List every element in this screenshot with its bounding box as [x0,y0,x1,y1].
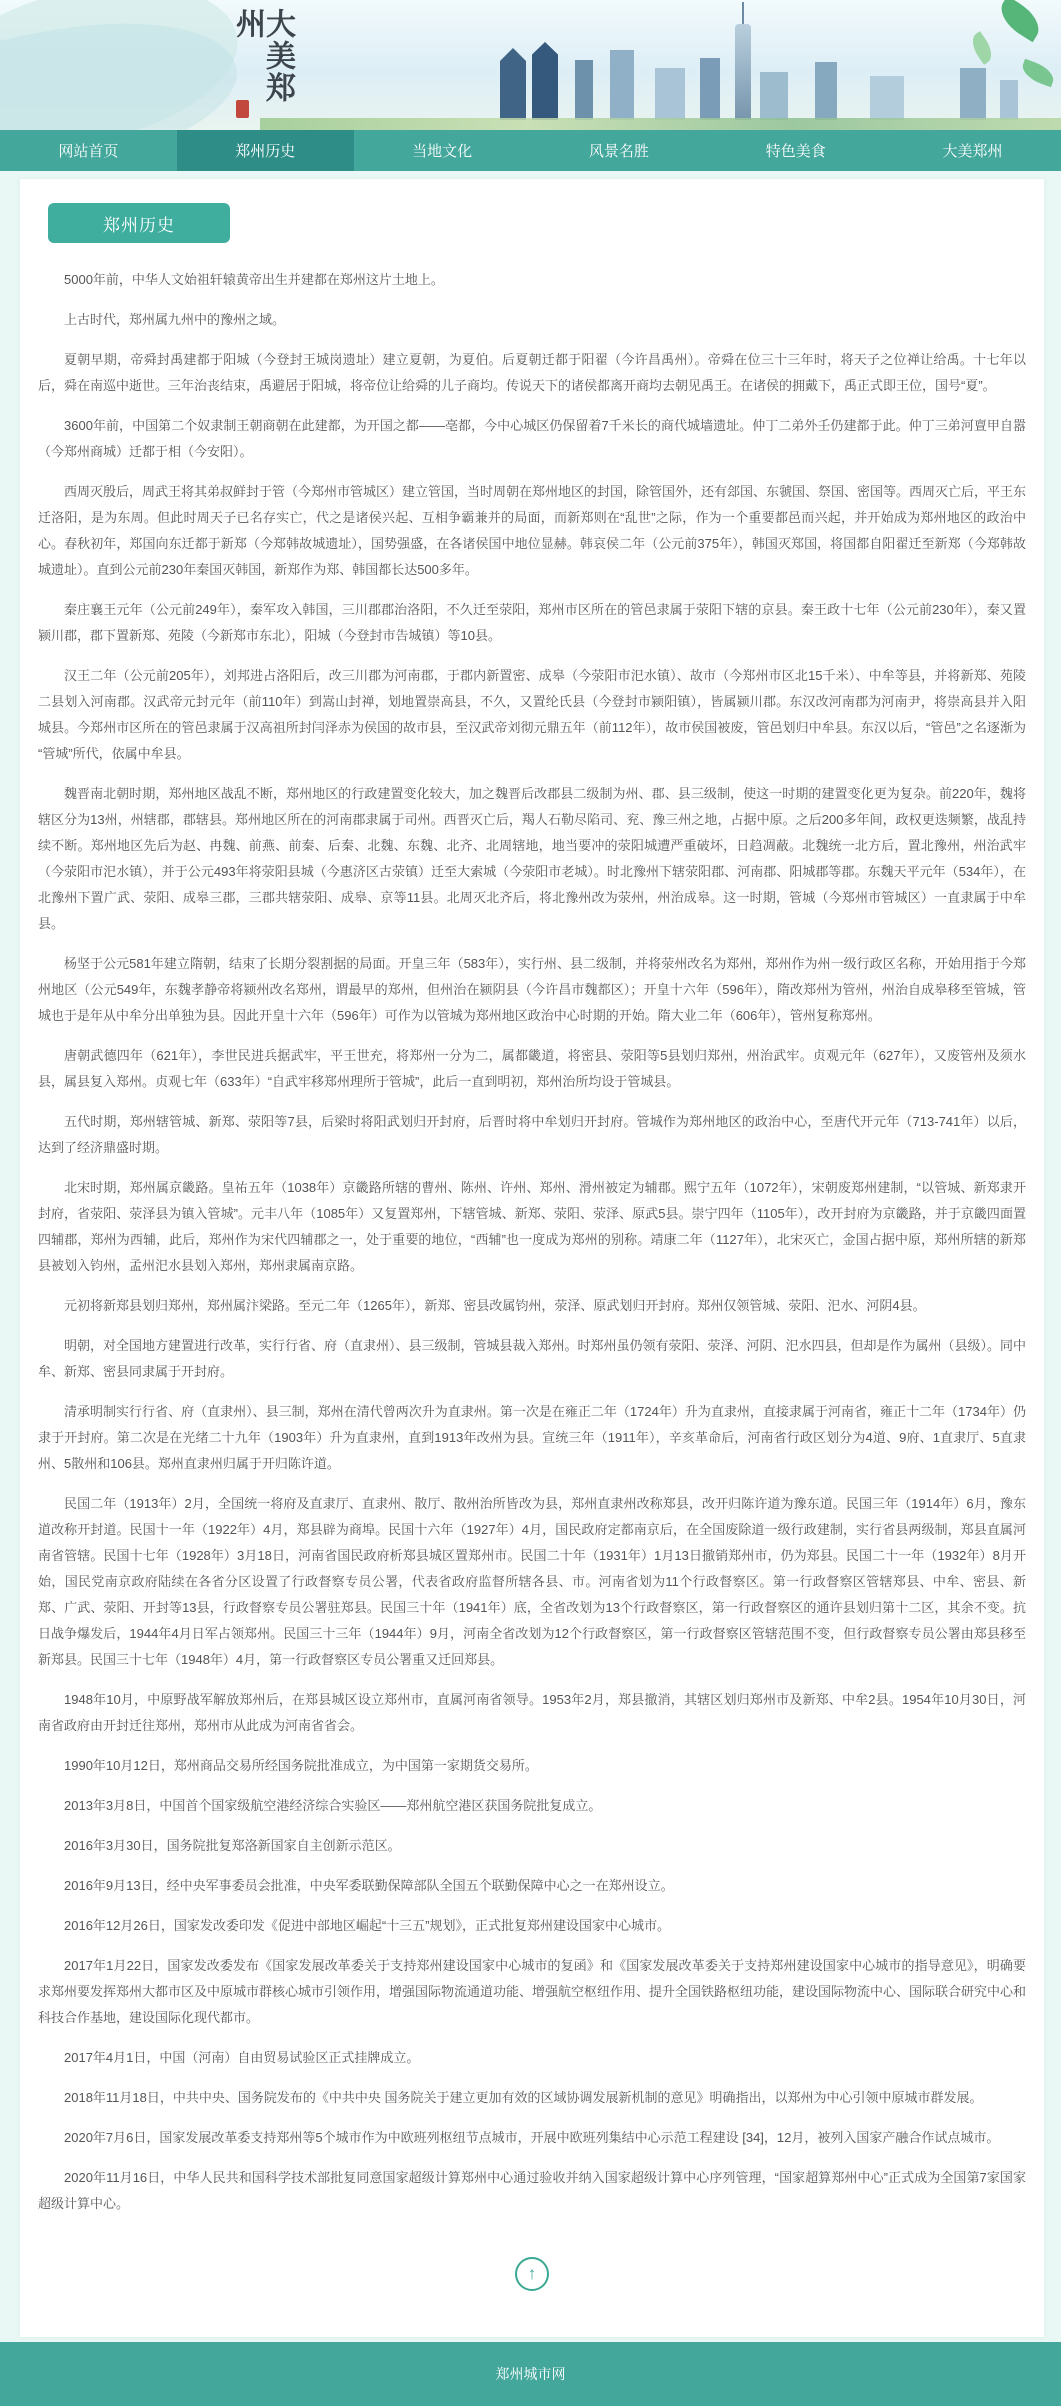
nav-item-history[interactable]: 郑州历史 [177,130,354,171]
nav-item-scenery[interactable]: 风景名胜 [530,130,707,171]
history-paragraph: 元初将新郑县划归郑州，郑州属汴梁路。至元二年（1265年），新郑、密县改属钧州，… [38,1293,1026,1319]
history-paragraph: 2016年3月30日，国务院批复郑洛新国家自主创新示范区。 [38,1833,1026,1859]
history-paragraph: 5000年前，中华人文始祖轩辕黄帝出生并建都在郑州这片土地上。 [38,267,1026,293]
history-paragraph: 2017年4月1日，中国（河南）自由贸易试验区正式挂牌成立。 [38,2045,1026,2071]
history-paragraph: 夏朝早期，帝舜封禹建都于阳城（今登封王城岗遗址）建立夏朝，为夏伯。后夏朝迁都于阳… [38,347,1026,399]
main-nav: 网站首页郑州历史当地文化风景名胜特色美食大美郑州 [0,130,1061,171]
history-paragraph: 上古时代，郑州属九州中的豫州之域。 [38,307,1026,333]
building-shape [655,68,685,120]
history-paragraph: 北宋时期，郑州属京畿路。皇祐五年（1038年）京畿路所辖的曹州、陈州、许州、郑州… [38,1175,1026,1279]
up-arrow-icon: ↑ [528,2264,537,2284]
history-paragraph: 魏晋南北朝时期，郑州地区战乱不断，郑州地区的行政建置变化较大，加之魏晋后改郡县二… [38,781,1026,937]
history-paragraph: 唐朝武德四年（621年），李世民进兵据武牢，平王世充，将郑州一分为二，属都畿道，… [38,1043,1026,1095]
history-paragraph: 2020年11月16日，中华人民共和国科学技术部批复同意国家超级计算郑州中心通过… [38,2165,1026,2217]
building-shape [700,58,720,120]
history-paragraph: 杨坚于公元581年建立隋朝，结束了长期分裂割据的局面。开皇三年（583年），实行… [38,951,1026,1029]
history-paragraph: 2018年11月18日，中共中央、国务院发布的《中共中央 国务院关于建立更加有效… [38,2085,1026,2111]
building-shape [500,48,526,120]
history-paragraph: 2016年12月26日，国家发改委印发《促进中部地区崛起“十三五”规划》，正式批… [38,1913,1026,1939]
history-paragraph: 1990年10月12日，郑州商品交易所经国务院批准成立，为中国第一家期货交易所。 [38,1753,1026,1779]
page-footer: 郑州城市网 [0,2342,1061,2406]
history-paragraph: 汉王二年（公元前205年），刘邦进占洛阳后，改三川郡为河南郡，于郡内新置密、成皋… [38,663,1026,767]
nav-item-culture[interactable]: 当地文化 [354,130,531,171]
content-panel: 郑州历史 5000年前，中华人文始祖轩辕黄帝出生并建都在郑州这片土地上。上古时代… [20,179,1044,2337]
page-title: 郑州历史 [48,203,230,243]
history-paragraph: 2013年3月8日，中国首个国家级航空港经济综合实验区——郑州航空港区获国务院批… [38,1793,1026,1819]
building-shape [1000,80,1018,120]
back-to-top-button[interactable]: ↑ [515,2257,549,2291]
nav-item-beauty[interactable]: 大美郑州 [884,130,1061,171]
history-paragraph: 民国二年（1913年）2月，全国统一将府及直隶厅、直隶州、散厅、散州治所皆改为县… [38,1491,1026,1673]
building-shape [532,42,558,120]
history-paragraph: 明朝，对全国地方建置进行改革，实行行省、府（直隶州）、县三级制，管城县裁入郑州。… [38,1333,1026,1385]
greenland-tower-shape [735,24,751,120]
history-paragraph: 1948年10月，中原野战军解放郑州后，在郑县城区设立郑州市，直属河南省领导。1… [38,1687,1026,1739]
city-skyline [0,20,1061,130]
greenery-strip [260,118,1061,130]
history-paragraph: 五代时期，郑州辖管城、新郑、荥阳等7县，后梁时将阳武划归开封府，后晋时将中牟划归… [38,1109,1026,1161]
history-paragraph: 西周灭殷后，周武王将其弟叔鲜封于管（今郑州市管城区）建立管国，当时周朝在郑州地区… [38,479,1026,583]
tower-antenna-shape [742,2,744,24]
building-shape [610,50,634,120]
building-shape [870,76,904,120]
building-shape [815,62,837,120]
header-banner: 大美郑州 [0,0,1061,130]
history-paragraph: 2016年9月13日，经中央军事委员会批准，中央军委联勤保障部队全国五个联勤保障… [38,1873,1026,1899]
building-shape [960,68,986,120]
nav-item-food[interactable]: 特色美食 [707,130,884,171]
building-shape [760,72,788,120]
history-paragraph: 秦庄襄王元年（公元前249年），秦军攻入韩国，三川郡郡治洛阳，不久迁至荥阳，郑州… [38,597,1026,649]
nav-item-home[interactable]: 网站首页 [0,130,177,171]
history-paragraph: 2020年7月6日，国家发展改革委支持郑州等5个城市作为中欧班列枢纽节点城市，开… [38,2125,1026,2151]
building-shape [575,60,593,120]
history-paragraph: 3600年前，中国第二个奴隶制王朝商朝在此建都，为开国之都——亳都，今中心城区仍… [38,413,1026,465]
history-paragraph: 清承明制实行行省、府（直隶州）、县三制，郑州在清代曾两次升为直隶州。第一次是在雍… [38,1399,1026,1477]
article-body: 5000年前，中华人文始祖轩辕黄帝出生并建都在郑州这片土地上。上古时代，郑州属九… [36,267,1028,2217]
history-paragraph: 2017年1月22日，国家发改委发布《国家发展改革委关于支持郑州建设国家中心城市… [38,1953,1026,2031]
footer-site-name: 郑州城市网 [496,2364,566,2384]
